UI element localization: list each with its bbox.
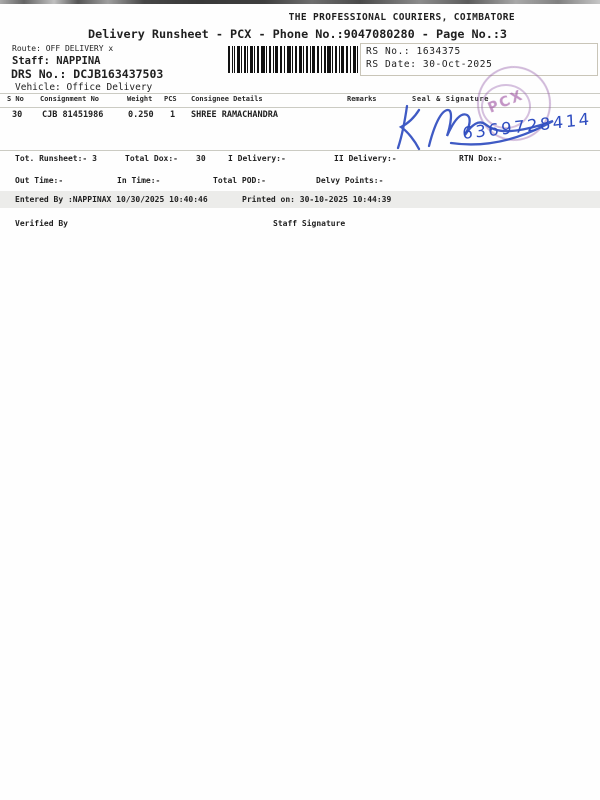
entered-by: Entered By :NAPPINAX 10/30/2025 10:40:46 xyxy=(15,195,208,204)
i-delivery: I Delivery:- xyxy=(228,154,286,163)
drs-number-line: DRS No.: DCJB163437503 xyxy=(11,67,163,81)
col-header-consignee: Consignee Details xyxy=(191,95,263,103)
staff-line: Staff: NAPPINA xyxy=(12,55,101,67)
ii-delivery: II Delivery:- xyxy=(334,154,397,163)
staff-signature-label: Staff Signature xyxy=(273,219,345,228)
out-time: Out Time:- xyxy=(15,176,63,185)
rs-date: RS Date: 30-Oct-2025 xyxy=(366,59,492,70)
in-time: In Time:- xyxy=(117,176,160,185)
total-dox-label: Total Dox:- xyxy=(125,154,178,163)
verified-by: Verified By xyxy=(15,219,68,228)
total-pod: Total POD:- xyxy=(213,176,266,185)
route-line: Route: OFF DELIVERY x xyxy=(12,44,113,53)
page-title: THE PROFESSIONAL COURIERS, COIMBATORE xyxy=(0,12,515,23)
rs-number: RS No.: 1634375 xyxy=(366,46,461,57)
col-header-remarks: Remarks xyxy=(347,95,377,103)
col-header-consignment: Consignment No xyxy=(40,95,99,103)
cell-weight: 0.250 xyxy=(128,110,154,120)
runsheet-document: THE PROFESSIONAL COURIERS, COIMBATORE De… xyxy=(0,0,600,800)
total-dox-value: 30 xyxy=(196,154,206,163)
page-subtitle: Delivery Runsheet - PCX - Phone No.:9047… xyxy=(88,27,507,41)
cell-sno: 30 xyxy=(12,110,22,120)
col-header-sno: S No xyxy=(7,95,24,103)
delvy-points: Delvy Points:- xyxy=(316,176,383,185)
cell-consignment: CJB 81451986 xyxy=(42,110,103,120)
col-header-weight: Weight xyxy=(127,95,152,103)
scanner-edge-artifact xyxy=(0,0,600,4)
cell-consignee: SHREE RAMACHANDRA xyxy=(191,110,278,120)
printed-on: Printed on: 30-10-2025 10:44:39 xyxy=(242,195,391,204)
barcode xyxy=(228,46,358,73)
tot-runsheet: Tot. Runsheet:- 3 xyxy=(15,154,97,163)
cell-pcs: 1 xyxy=(170,110,175,120)
vehicle-line: Vehicle: Office Delivery xyxy=(15,82,152,93)
col-header-pcs: PCS xyxy=(164,95,177,103)
